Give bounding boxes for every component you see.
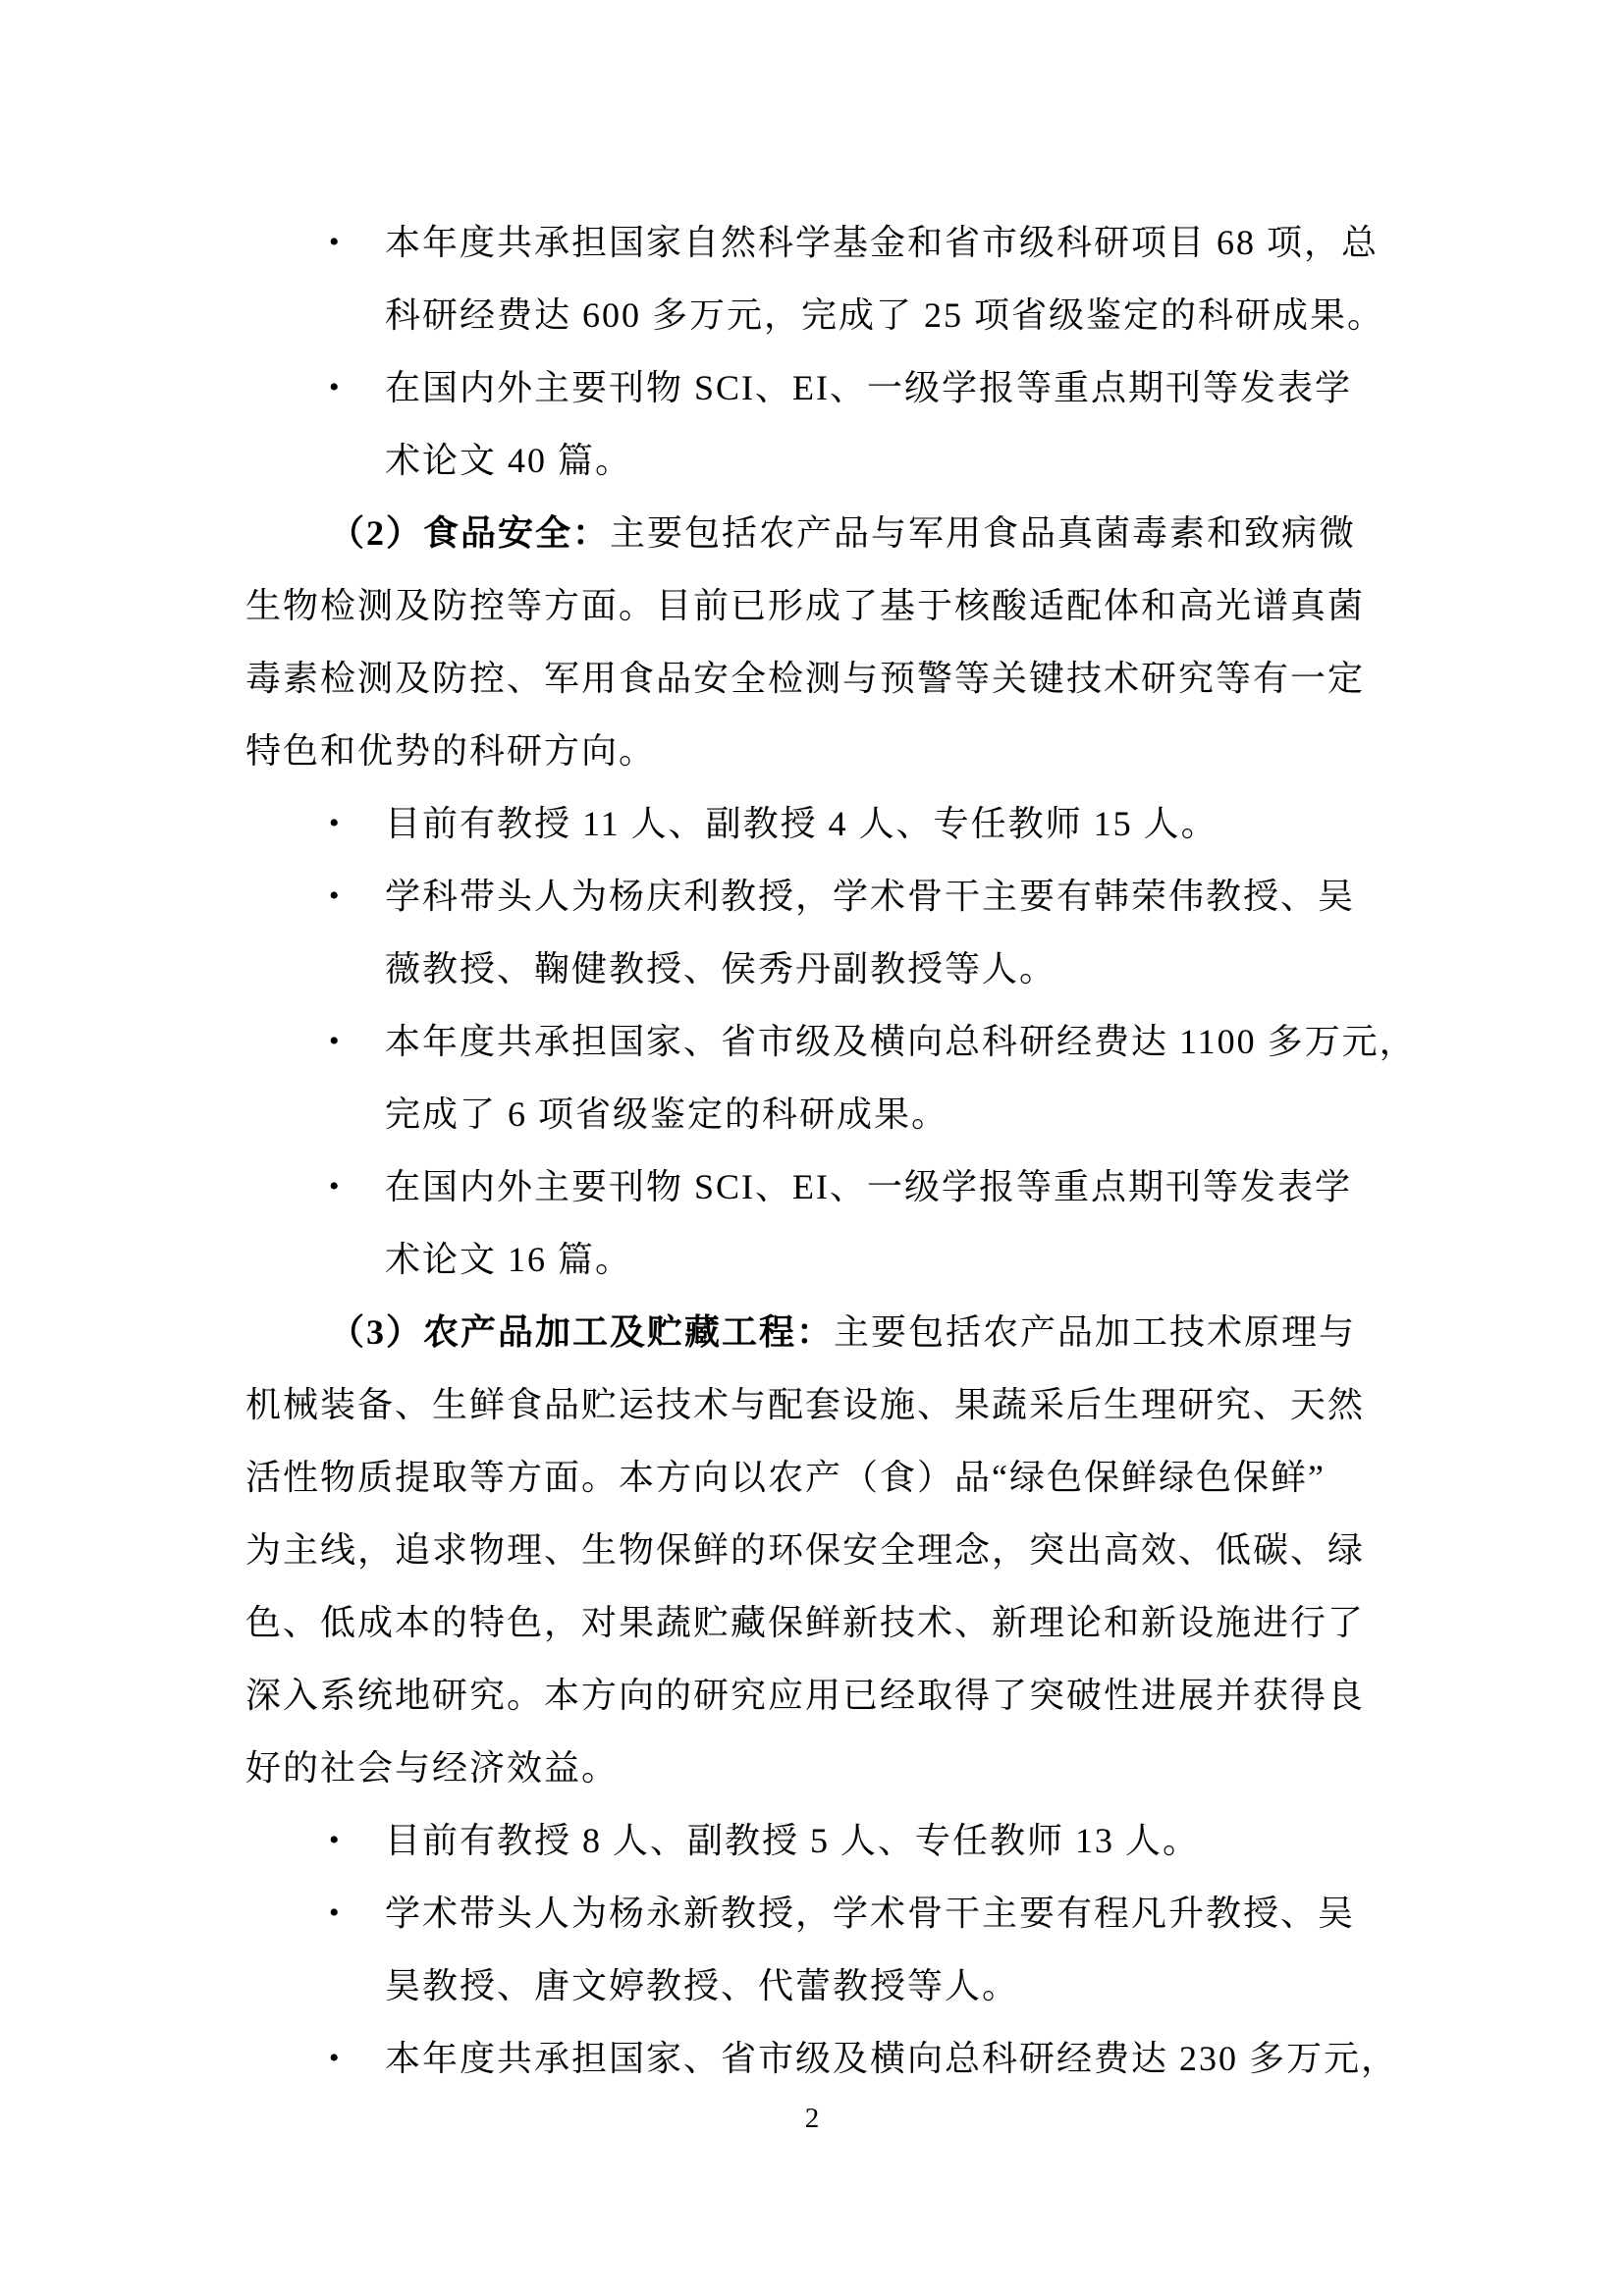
text-line: 在国内外主要刊物 SCI、EI、一级学报等重点期刊等发表学 bbox=[245, 351, 1379, 424]
text-line: 本年度共承担国家自然科学基金和省市级科研项目 68 项，总 bbox=[245, 206, 1379, 279]
bullet-item: • 在国内外主要刊物 SCI、EI、一级学报等重点期刊等发表学 术论文 16 篇… bbox=[245, 1150, 1379, 1296]
section-heading: （3）农产品加工及贮藏工程： bbox=[329, 1312, 834, 1352]
text-line: 昊教授、唐文婷教授、代蕾教授等人。 bbox=[245, 1949, 1379, 2022]
section-paragraph: （2）食品安全：主要包括农产品与军用食品真菌毒素和致病微 生物检测及防控等方面。… bbox=[245, 497, 1379, 787]
page-number: 2 bbox=[245, 2099, 1379, 2138]
bullet-icon: • bbox=[329, 206, 340, 279]
text-line: 完成了 6 项省级鉴定的科研成果。 bbox=[245, 1078, 1379, 1150]
text-line: 目前有教授 11 人、副教授 4 人、专任教师 15 人。 bbox=[245, 787, 1379, 860]
section-heading: （2）食品安全： bbox=[329, 513, 610, 553]
text-run: 主要包括农产品与军用食品真菌毒素和致病微 bbox=[610, 513, 1356, 553]
section-paragraph: （3）农产品加工及贮藏工程：主要包括农产品加工技术原理与 机械装备、生鲜食品贮运… bbox=[245, 1296, 1379, 1804]
bullet-item: • 在国内外主要刊物 SCI、EI、一级学报等重点期刊等发表学 术论文 40 篇… bbox=[245, 351, 1379, 497]
text-line: 目前有教授 8 人、副教授 5 人、专任教师 13 人。 bbox=[245, 1804, 1379, 1877]
bullet-item: • 本年度共承担国家、省市级及横向总科研经费达 1100 多万元， 完成了 6 … bbox=[245, 1005, 1379, 1150]
text-line: 术论文 40 篇。 bbox=[245, 424, 1379, 497]
text-line: 毒素检测及防控、军用食品安全检测与预警等关键技术研究等有一定 bbox=[245, 642, 1379, 715]
text-line: 科研经费达 600 多万元，完成了 25 项省级鉴定的科研成果。 bbox=[245, 279, 1379, 351]
bullet-icon: • bbox=[329, 1877, 340, 1949]
text-line: 为主线，追求物理、生物保鲜的环保安全理念，突出高效、低碳、绿 bbox=[245, 1514, 1379, 1586]
bullet-item: • 目前有教授 8 人、副教授 5 人、专任教师 13 人。 bbox=[245, 1804, 1379, 1877]
text-line: 色、低成本的特色，对果蔬贮藏保鲜新技术、新理论和新设施进行了 bbox=[245, 1586, 1379, 1659]
text-line: 特色和优势的科研方向。 bbox=[245, 715, 1379, 787]
text-run: 主要包括农产品加工技术原理与 bbox=[834, 1312, 1356, 1352]
text-line: 活性物质提取等方面。本方向以农产（食）品“绿色保鲜绿色保鲜” bbox=[245, 1441, 1379, 1514]
text-line: 学科带头人为杨庆利教授，学术骨干主要有韩荣伟教授、吴 bbox=[245, 860, 1379, 933]
text-line: （3）农产品加工及贮藏工程：主要包括农产品加工技术原理与 bbox=[245, 1296, 1379, 1368]
document-page: • 本年度共承担国家自然科学基金和省市级科研项目 68 项，总 科研经费达 60… bbox=[0, 0, 1624, 2296]
text-line: 术论文 16 篇。 bbox=[245, 1223, 1379, 1296]
bullet-icon: • bbox=[329, 2022, 340, 2095]
bullet-icon: • bbox=[329, 1005, 340, 1078]
bullet-item: • 目前有教授 11 人、副教授 4 人、专任教师 15 人。 bbox=[245, 787, 1379, 860]
text-line: 在国内外主要刊物 SCI、EI、一级学报等重点期刊等发表学 bbox=[245, 1150, 1379, 1223]
text-line: 本年度共承担国家、省市级及横向总科研经费达 1100 多万元， bbox=[245, 1005, 1379, 1078]
text-line: （2）食品安全：主要包括农产品与军用食品真菌毒素和致病微 bbox=[245, 497, 1379, 569]
bullet-icon: • bbox=[329, 787, 340, 860]
bullet-icon: • bbox=[329, 1804, 340, 1877]
text-line: 好的社会与经济效益。 bbox=[245, 1732, 1379, 1804]
bullet-icon: • bbox=[329, 351, 340, 424]
bullet-item: • 学术带头人为杨永新教授，学术骨干主要有程凡升教授、吴 昊教授、唐文婷教授、代… bbox=[245, 1877, 1379, 2022]
text-line: 机械装备、生鲜食品贮运技术与配套设施、果蔬采后生理研究、天然 bbox=[245, 1368, 1379, 1441]
bullet-item: • 本年度共承担国家、省市级及横向总科研经费达 230 多万元， bbox=[245, 2022, 1379, 2095]
bullet-item: • 学科带头人为杨庆利教授，学术骨干主要有韩荣伟教授、吴 薇教授、鞠健教授、侯秀… bbox=[245, 860, 1379, 1005]
text-line: 生物检测及防控等方面。目前已形成了基于核酸适配体和高光谱真菌 bbox=[245, 569, 1379, 642]
text-line: 学术带头人为杨永新教授，学术骨干主要有程凡升教授、吴 bbox=[245, 1877, 1379, 1949]
bullet-item: • 本年度共承担国家自然科学基金和省市级科研项目 68 项，总 科研经费达 60… bbox=[245, 206, 1379, 351]
text-line: 本年度共承担国家、省市级及横向总科研经费达 230 多万元， bbox=[245, 2022, 1379, 2095]
bullet-icon: • bbox=[329, 860, 340, 933]
text-line: 深入系统地研究。本方向的研究应用已经取得了突破性进展并获得良 bbox=[245, 1659, 1379, 1732]
bullet-icon: • bbox=[329, 1150, 340, 1223]
text-line: 薇教授、鞠健教授、侯秀丹副教授等人。 bbox=[245, 933, 1379, 1005]
